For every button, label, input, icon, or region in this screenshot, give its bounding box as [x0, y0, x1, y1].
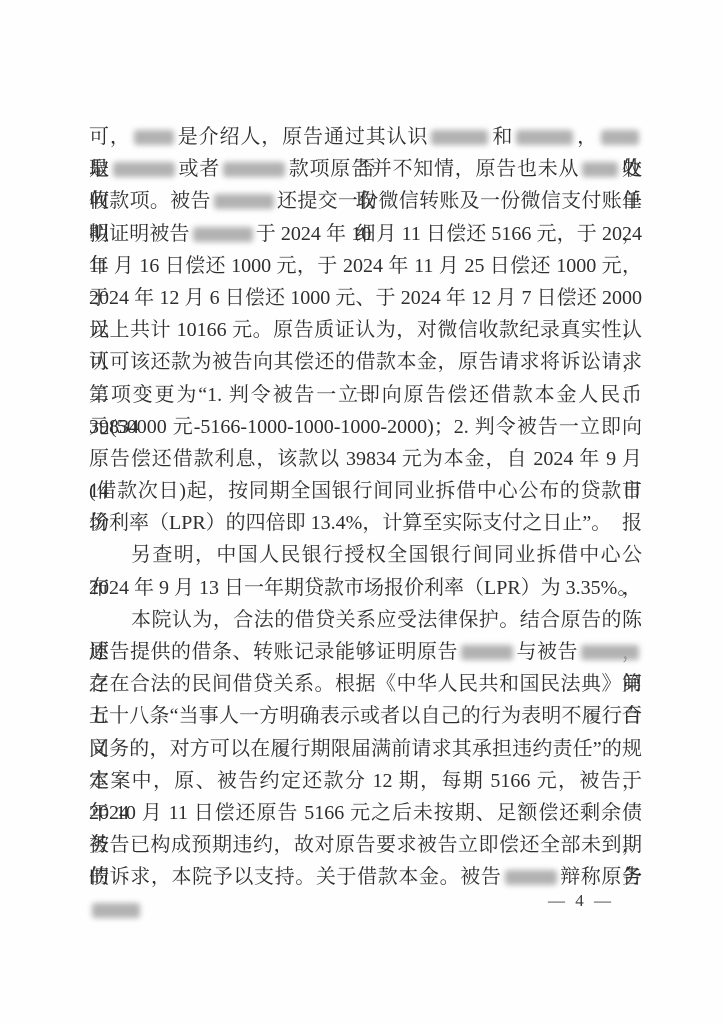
redaction-blur [601, 130, 639, 145]
text-line: 拟证明被告于 2024 年 10 月 11 日偿还 5166 元，于 2024 … [89, 218, 642, 250]
text-line: 存在合法的民间借贷关系。根据《中华人民共和国民法典》第五百 [89, 668, 642, 700]
text-segment: 辩称原告 [560, 866, 643, 888]
redaction-blur [223, 162, 285, 177]
redaction-blur [461, 645, 513, 660]
text-line: 原告偿还借款利息，该款以 39834 元为本金，自 2024 年 9 月 14 … [89, 443, 642, 475]
redaction-blur [134, 130, 174, 145]
redaction-blur [214, 194, 274, 209]
text-line: 另查明，中国人民银行授权全国银行间同业拆借中心公布， [89, 539, 642, 571]
redaction-blur [582, 162, 618, 177]
redaction-blur [92, 903, 140, 918]
text-line: 二项变更为“1. 判令被告一立即向原告偿还借款本金人民币 39834 [89, 379, 642, 411]
redaction-blur [113, 162, 175, 177]
text-line: 认可该还款为被告向其偿还的借款本金，原告请求将诉讼请求第一、 [89, 346, 642, 378]
text-line: (借款次日)起，按同期全国银行间同业拆借中心公布的贷款市场报 [89, 475, 642, 507]
text-line: 2024 年 9 月 13 日一年期贷款市场报价利率（LPR）为 3.35%。 [89, 572, 642, 604]
text-segment: 元(50000 元-5166-1000-1000-1000-2000)；2. 判… [89, 416, 642, 438]
text-segment: ， [576, 126, 598, 148]
text-segment: 和 [491, 126, 513, 148]
text-segment: 与被告 [516, 641, 578, 663]
text-segment: 款项原告并不知情，原告也未从 [288, 158, 579, 180]
document-lines: 可，是介绍人，原告通过其认识和，是否收取或者款项原告并不知情，原告也未从处收取任… [89, 121, 642, 894]
text-line: 11 月 16 日偿还 1000 元，于 2024 年 11 月 25 日偿还 … [89, 250, 642, 282]
text-line: 2024 年 12 月 6 日偿还 1000 元、于 2024 年 12 月 7… [89, 282, 642, 314]
text-segment: 的诉求，本院予以支持。关于借款本金。被告 [89, 866, 502, 888]
text-line: 原告提供的借条、转账记录能够证明原告与被告之间 [89, 636, 642, 668]
text-line: 何款项。被告还提交一份微信转账及一份微信支付账单明细， [89, 185, 642, 217]
text-line: 义务的，对方可以在履行期限届满前请求其承担违约责任”的规定， [89, 733, 642, 765]
text-line: 被告已构成预期违约，故对原告要求被告立即偿还全部未到期债务 [89, 829, 642, 861]
text-line: 可，是介绍人，原告通过其认识和，是否收 [89, 121, 642, 153]
text-line: 年 10 月 11 日偿还原告 5166 元之后未按期、足额偿还剩余债务， [89, 797, 642, 829]
redaction-blur [193, 227, 253, 242]
text-segment: 何款项。被告 [89, 190, 211, 212]
text-segment: 是介绍人，原告通过其认识 [177, 126, 429, 148]
text-line: 的诉求，本院予以支持。关于借款本金。被告辩称原告 [89, 861, 642, 893]
page-number: — 4 — [548, 891, 614, 911]
redaction-blur [431, 130, 488, 145]
text-segment: 或者 [178, 158, 220, 180]
text-segment: 可， [89, 126, 131, 148]
text-line: 本院认为，合法的借贷关系应受法律保护。结合原告的陈述， [89, 604, 642, 636]
text-segment: 取 [89, 158, 110, 180]
text-line: 元(50000 元-5166-1000-1000-1000-2000)；2. 判… [89, 411, 642, 443]
redaction-blur [516, 130, 573, 145]
redaction-blur [505, 870, 557, 885]
text-segment: 原告提供的借条、转账记录能够证明原告 [89, 641, 458, 663]
text-segment: 2024 年 9 月 13 日一年期贷款市场报价利率（LPR）为 3.35%。 [89, 577, 637, 599]
text-segment: 拟证明被告 [89, 223, 190, 245]
document-page: 可，是介绍人，原告通过其认识和，是否收取或者款项原告并不知情，原告也未从处收取任… [0, 0, 724, 1024]
redaction-blur [581, 645, 639, 660]
text-line: 七十八条“当事人一方明确表示或者以自己的行为表明不履行合同 [89, 700, 642, 732]
text-line: 取或者款项原告并不知情，原告也未从处收取任 [89, 153, 642, 185]
text-line: 本案中，原、被告约定还款分 12 期，每期 5166 元，被告于 2024 [89, 765, 642, 797]
text-line: 以上共计 10166 元。原告质证认为，对微信收款纪录真实性认可， [89, 314, 642, 346]
text-line: 价利率（LPR）的四倍即 13.4%，计算至实际支付之日止”。 [89, 507, 642, 539]
text-segment: 价利率（LPR）的四倍即 13.4%，计算至实际支付之日止”。 [89, 512, 611, 534]
